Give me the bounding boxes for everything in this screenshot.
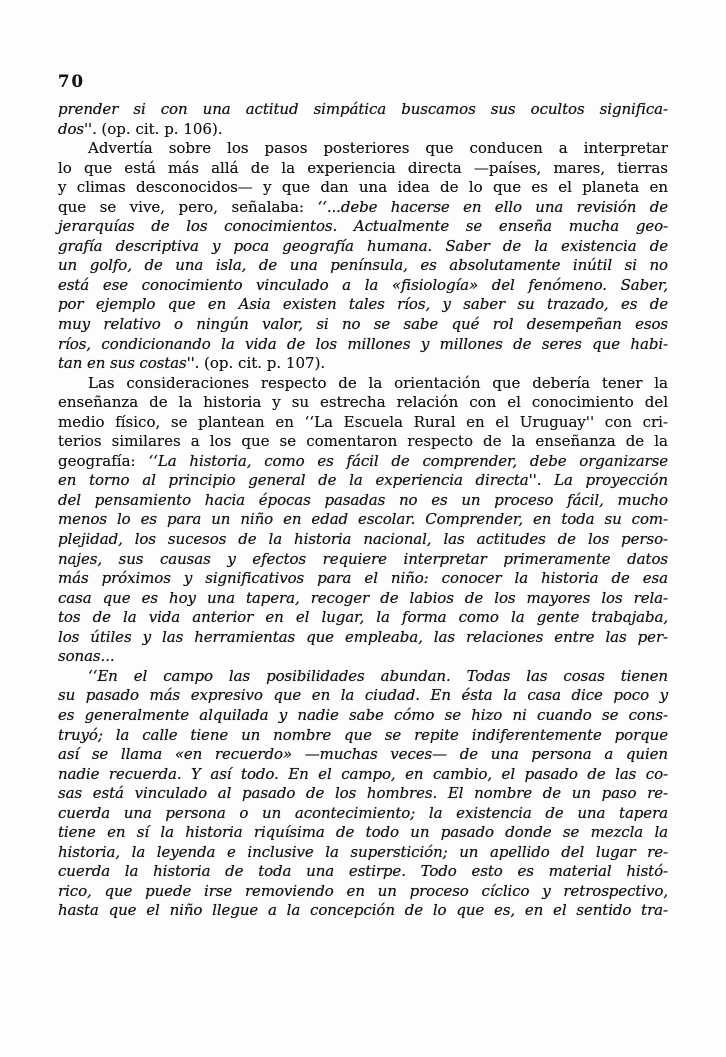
text-line: así se llama «en recuerdo» —muchas veces… <box>58 745 668 765</box>
text-line: del pensamiento hacia épocas pasadas no … <box>58 491 668 511</box>
quoted-text-segment: jerarquías de los conocimientos. Actualm… <box>58 217 668 235</box>
scanned-book-page: 70 prender si con una actitud simpática … <box>0 0 726 1057</box>
text-line: por ejemplo que en Asia existen tales rí… <box>58 295 668 315</box>
text-line: tan en sus costas''. (op. cit. p. 107). <box>58 354 668 374</box>
quoted-text-segment: más próximos y significativos para el ni… <box>58 569 668 587</box>
text-line: sonas... <box>58 647 668 667</box>
quoted-text-segment: sas está vinculado al pasado de los homb… <box>58 784 668 802</box>
text-line: es generalmente alquilada y nadie sabe c… <box>58 706 668 726</box>
text-line: casa que es hoy una tapera, recoger de l… <box>58 589 668 609</box>
body-text-segment: (op. cit. p. 106). <box>101 120 222 138</box>
paragraph: prender si con una actitud simpática bus… <box>58 100 668 139</box>
quoted-text-segment: ríos, condicionando la vida de los millo… <box>58 335 668 353</box>
body-text-segment: y climas desconocidos— y que dan una ide… <box>58 178 668 196</box>
text-line: los útiles y las herramientas que emplea… <box>58 628 668 648</box>
quoted-text-segment: truyó; la calle tiene un nombre que se r… <box>58 726 668 744</box>
quoted-text-segment: es generalmente alquilada y nadie sabe c… <box>58 706 668 724</box>
quoted-text-segment: najes, sus causas y efectos requiere int… <box>58 550 668 568</box>
quoted-text-segment: así se llama «en recuerdo» —muchas veces… <box>58 745 668 763</box>
text-line: medio físico, se plantean en ‘‘La Escuel… <box>58 413 668 433</box>
quoted-text-segment: por ejemplo que en Asia existen tales rí… <box>58 295 668 313</box>
text-block: prender si con una actitud simpática bus… <box>58 100 668 921</box>
page-number: 70 <box>58 72 85 91</box>
quoted-text-segment: cuerda una persona o un acontecimiento; … <box>58 804 668 822</box>
quoted-text-segment: los útiles y las herramientas que emplea… <box>58 628 668 646</box>
quoted-text-segment: sonas... <box>58 647 115 665</box>
quoted-text-segment: ‘‘En el campo las posibilidades abundan.… <box>88 667 668 685</box>
text-line: prender si con una actitud simpática bus… <box>58 100 668 120</box>
quoted-text-segment: un golfo, de una isla, de una península,… <box>58 256 668 274</box>
paragraph: ‘‘En el campo las posibilidades abundan.… <box>58 667 668 921</box>
text-line: más próximos y significativos para el ni… <box>58 569 668 589</box>
text-line: tiene en sí la historia riquísima de tod… <box>58 823 668 843</box>
quoted-text-segment: del pensamiento hacia épocas pasadas no … <box>58 491 668 509</box>
quoted-text-segment: en torno al principio general de la expe… <box>58 471 668 489</box>
quoted-text-segment: nadie recuerda. Y así todo. En el campo,… <box>58 765 668 783</box>
paragraph: Las consideraciones respecto de la orien… <box>58 374 668 667</box>
text-line: nadie recuerda. Y así todo. En el campo,… <box>58 765 668 785</box>
text-line: terios similares a los que se comentaron… <box>58 432 668 452</box>
text-line: historia, la leyenda e inclusive la supe… <box>58 843 668 863</box>
quoted-text-segment: ‘‘La historia, como es fácil de comprend… <box>149 452 669 470</box>
quoted-text-segment: cuerda la historia de toda una estirpe. … <box>58 862 668 880</box>
quoted-text-segment: rico, que puede irse removiendo en un pr… <box>58 882 668 900</box>
text-line: enseñanza de la historia y su estrecha r… <box>58 393 668 413</box>
text-line: su pasado más expresivo que en la ciudad… <box>58 686 668 706</box>
text-line: menos lo es para un niño en edad escolar… <box>58 510 668 530</box>
quoted-text-segment: dos''. <box>58 120 101 138</box>
text-line: sas está vinculado al pasado de los homb… <box>58 784 668 804</box>
text-line: está ese conocimiento vinculado a la «fi… <box>58 276 668 296</box>
quoted-text-segment: plejidad, los sucesos de la historia nac… <box>58 530 668 548</box>
body-text-segment: lo que está más allá de la experiencia d… <box>58 159 668 177</box>
text-line: y climas desconocidos— y que dan una ide… <box>58 178 668 198</box>
quoted-text-segment: casa que es hoy una tapera, recoger de l… <box>58 589 668 607</box>
text-line: grafía descriptiva y poca geografía huma… <box>58 237 668 257</box>
quoted-text-segment: historia, la leyenda e inclusive la supe… <box>58 843 668 861</box>
quoted-text-segment: su pasado más expresivo que en la ciudad… <box>58 686 668 704</box>
text-line: jerarquías de los conocimientos. Actualm… <box>58 217 668 237</box>
text-line: Las consideraciones respecto de la orien… <box>58 374 668 394</box>
quoted-text-segment: muy relativo o ningún valor, si no se sa… <box>58 315 668 333</box>
text-line: hasta que el niño llegue a la concepción… <box>58 901 668 921</box>
body-text-segment: Advertía sobre los pasos posteriores que… <box>88 139 668 157</box>
text-line: ‘‘En el campo las posibilidades abundan.… <box>58 667 668 687</box>
text-line: ríos, condicionando la vida de los millo… <box>58 335 668 355</box>
quoted-text-segment: grafía descriptiva y poca geografía huma… <box>58 237 668 255</box>
text-line: un golfo, de una isla, de una península,… <box>58 256 668 276</box>
body-text-segment: terios similares a los que se comentaron… <box>58 432 668 450</box>
text-line: dos''. (op. cit. p. 106). <box>58 120 668 140</box>
quoted-text-segment: tos de la vida anterior en el lugar, la … <box>58 608 668 626</box>
text-line: Advertía sobre los pasos posteriores que… <box>58 139 668 159</box>
text-line: cuerda la historia de toda una estirpe. … <box>58 862 668 882</box>
quoted-text-segment: tan en sus costas''. <box>58 354 204 372</box>
text-line: rico, que puede irse removiendo en un pr… <box>58 882 668 902</box>
body-text-segment: que se vive, pero, señalaba: <box>58 198 317 216</box>
text-line: que se vive, pero, señalaba: ‘‘...debe h… <box>58 198 668 218</box>
text-line: plejidad, los sucesos de la historia nac… <box>58 530 668 550</box>
text-line: truyó; la calle tiene un nombre que se r… <box>58 726 668 746</box>
quoted-text-segment: ‘‘...debe hacerse en ello una revisión d… <box>317 198 668 216</box>
body-text-segment: Las consideraciones respecto de la orien… <box>88 374 668 392</box>
text-line: geografía: ‘‘La historia, como es fácil … <box>58 452 668 472</box>
text-line: najes, sus causas y efectos requiere int… <box>58 550 668 570</box>
text-line: muy relativo o ningún valor, si no se sa… <box>58 315 668 335</box>
body-text-segment: medio físico, se plantean en ‘‘La Escuel… <box>58 413 668 431</box>
quoted-text-segment: menos lo es para un niño en edad escolar… <box>58 510 668 528</box>
quoted-text-segment: prender si con una actitud simpática bus… <box>58 100 668 118</box>
quoted-text-segment: hasta que el niño llegue a la concepción… <box>58 901 668 919</box>
body-text-segment: (op. cit. p. 107). <box>204 354 325 372</box>
quoted-text-segment: está ese conocimiento vinculado a la «fi… <box>58 276 668 294</box>
quoted-text-segment: tiene en sí la historia riquísima de tod… <box>58 823 668 841</box>
text-line: tos de la vida anterior en el lugar, la … <box>58 608 668 628</box>
body-text-segment: enseñanza de la historia y su estrecha r… <box>58 393 668 411</box>
body-text-segment: geografía: <box>58 452 149 470</box>
paragraph: Advertía sobre los pasos posteriores que… <box>58 139 668 374</box>
text-line: en torno al principio general de la expe… <box>58 471 668 491</box>
text-line: cuerda una persona o un acontecimiento; … <box>58 804 668 824</box>
text-line: lo que está más allá de la experiencia d… <box>58 159 668 179</box>
